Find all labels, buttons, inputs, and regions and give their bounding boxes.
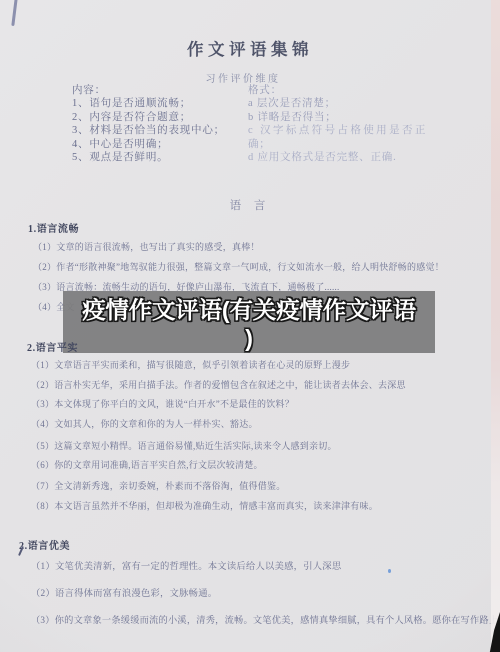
criteria-content-item: 5、观点是否鲜明。 (72, 151, 225, 164)
overlay-title-line1: 疫情作文评语(有关疫情作文评语 (63, 296, 435, 324)
comment-line: （6）你的文章用词准确,语言平实自然,行文层次较清楚。 (31, 458, 263, 471)
criteria-content-item: 4、中心是否明确； (72, 138, 225, 151)
overlay-title-line2: ) (63, 324, 435, 352)
comment-line: （1）文章语言平实而柔和，描写很随意，似乎引领着读者在心灵的原野上漫步 (31, 358, 350, 371)
comment-line: （1）文章的语言很流畅，也写出了真实的感受，真棒！ (33, 240, 260, 253)
criteria-content-item: 3、材料是否恰当的表现中心； (72, 124, 225, 137)
criteria-format-column: 格式： a 层次是否清楚； b 详略是否得当； c 汉字标点符号占格使用是否正 … (248, 84, 428, 164)
comment-line: （8）本文语言虽然并不华丽，但却极为准确生动，情感丰富而真实，读来津津有味。 (31, 499, 378, 512)
photo-of-document: 作文评语集锦 习作评价维度 内容： 1、语句是否通顺流畅； 2、内容是否符合题意… (0, 0, 500, 652)
comment-line: （5）这篇文章短小精悍。语言通俗易懂,贴近生活实际,读来令人感到亲切。 (31, 439, 337, 452)
criteria-content-item: 2、内容是否符合题意； (72, 111, 225, 124)
comment-line: （2）语言得体而富有浪漫色彩，文脉畅通。 (31, 585, 217, 599)
section-header-language: 语 言 (0, 197, 500, 213)
criteria-content-column: 内容： 1、语句是否通顺流畅； 2、内容是否符合题意； 3、材料是否恰当的表现中… (72, 84, 225, 164)
comment-line: （7）全文清新秀逸，亲切委婉，朴素而不落俗淘，值得借鉴。 (31, 479, 286, 492)
comment-line: （2）作者“形散神聚”地驾驭能力很强，整篇文章一气呵成，行文如流水一般，给人明快… (33, 260, 444, 273)
comment-line: （3）你的文章象一条缓缓而流的小溪，清秀，流畅。文笔优美，感情真挚细腻，具有个人… (31, 612, 498, 626)
criteria-format-item: c 汉字标点符号占格使用是否正 (248, 124, 428, 137)
criteria-format-item: 确； (248, 138, 428, 151)
overlay-title-banner: 疫情作文评语(有关疫情作文评语 ) (63, 291, 435, 353)
criteria-content-item: 1、语句是否通顺流畅； (72, 97, 225, 110)
comment-line: （1）文笔优美清新，富有一定的哲理性。本文读后给人以美感，引人深思 (31, 558, 341, 572)
criteria-format-item: a 层次是否清楚； (248, 97, 428, 110)
comment-line: （2）语言朴实无华，采用白描手法。作者的爱憎包含在叙述之中，能让读者去体会、去深… (31, 378, 406, 391)
comment-line: （4）文如其人，你的文章和你的为人一样朴实、豁达。 (31, 417, 258, 430)
section-1-heading: 1.语言流畅 (28, 220, 79, 235)
comment-line: （3）本文体现了你平白的文风，谁说“白开水”不是最佳的饮料？ (31, 397, 294, 410)
criteria-content-label: 内容： (72, 84, 225, 97)
criteria-format-item: b 详略是否得当； (248, 111, 428, 124)
ink-speck (388, 569, 391, 573)
document-subtitle: 习作评价维度 (0, 70, 486, 85)
section-2-heading: 2.语言平实 (27, 339, 78, 354)
criteria-format-label: 格式： (248, 84, 428, 97)
pen-stroke-mark (11, 0, 17, 26)
criteria-format-item: d 应用文格式是否完整、正确. (248, 151, 428, 164)
section-3-heading: 2.语言优美 (19, 537, 70, 552)
document-title: 作文评语集锦 (0, 36, 500, 60)
photo-edge (491, 0, 500, 652)
